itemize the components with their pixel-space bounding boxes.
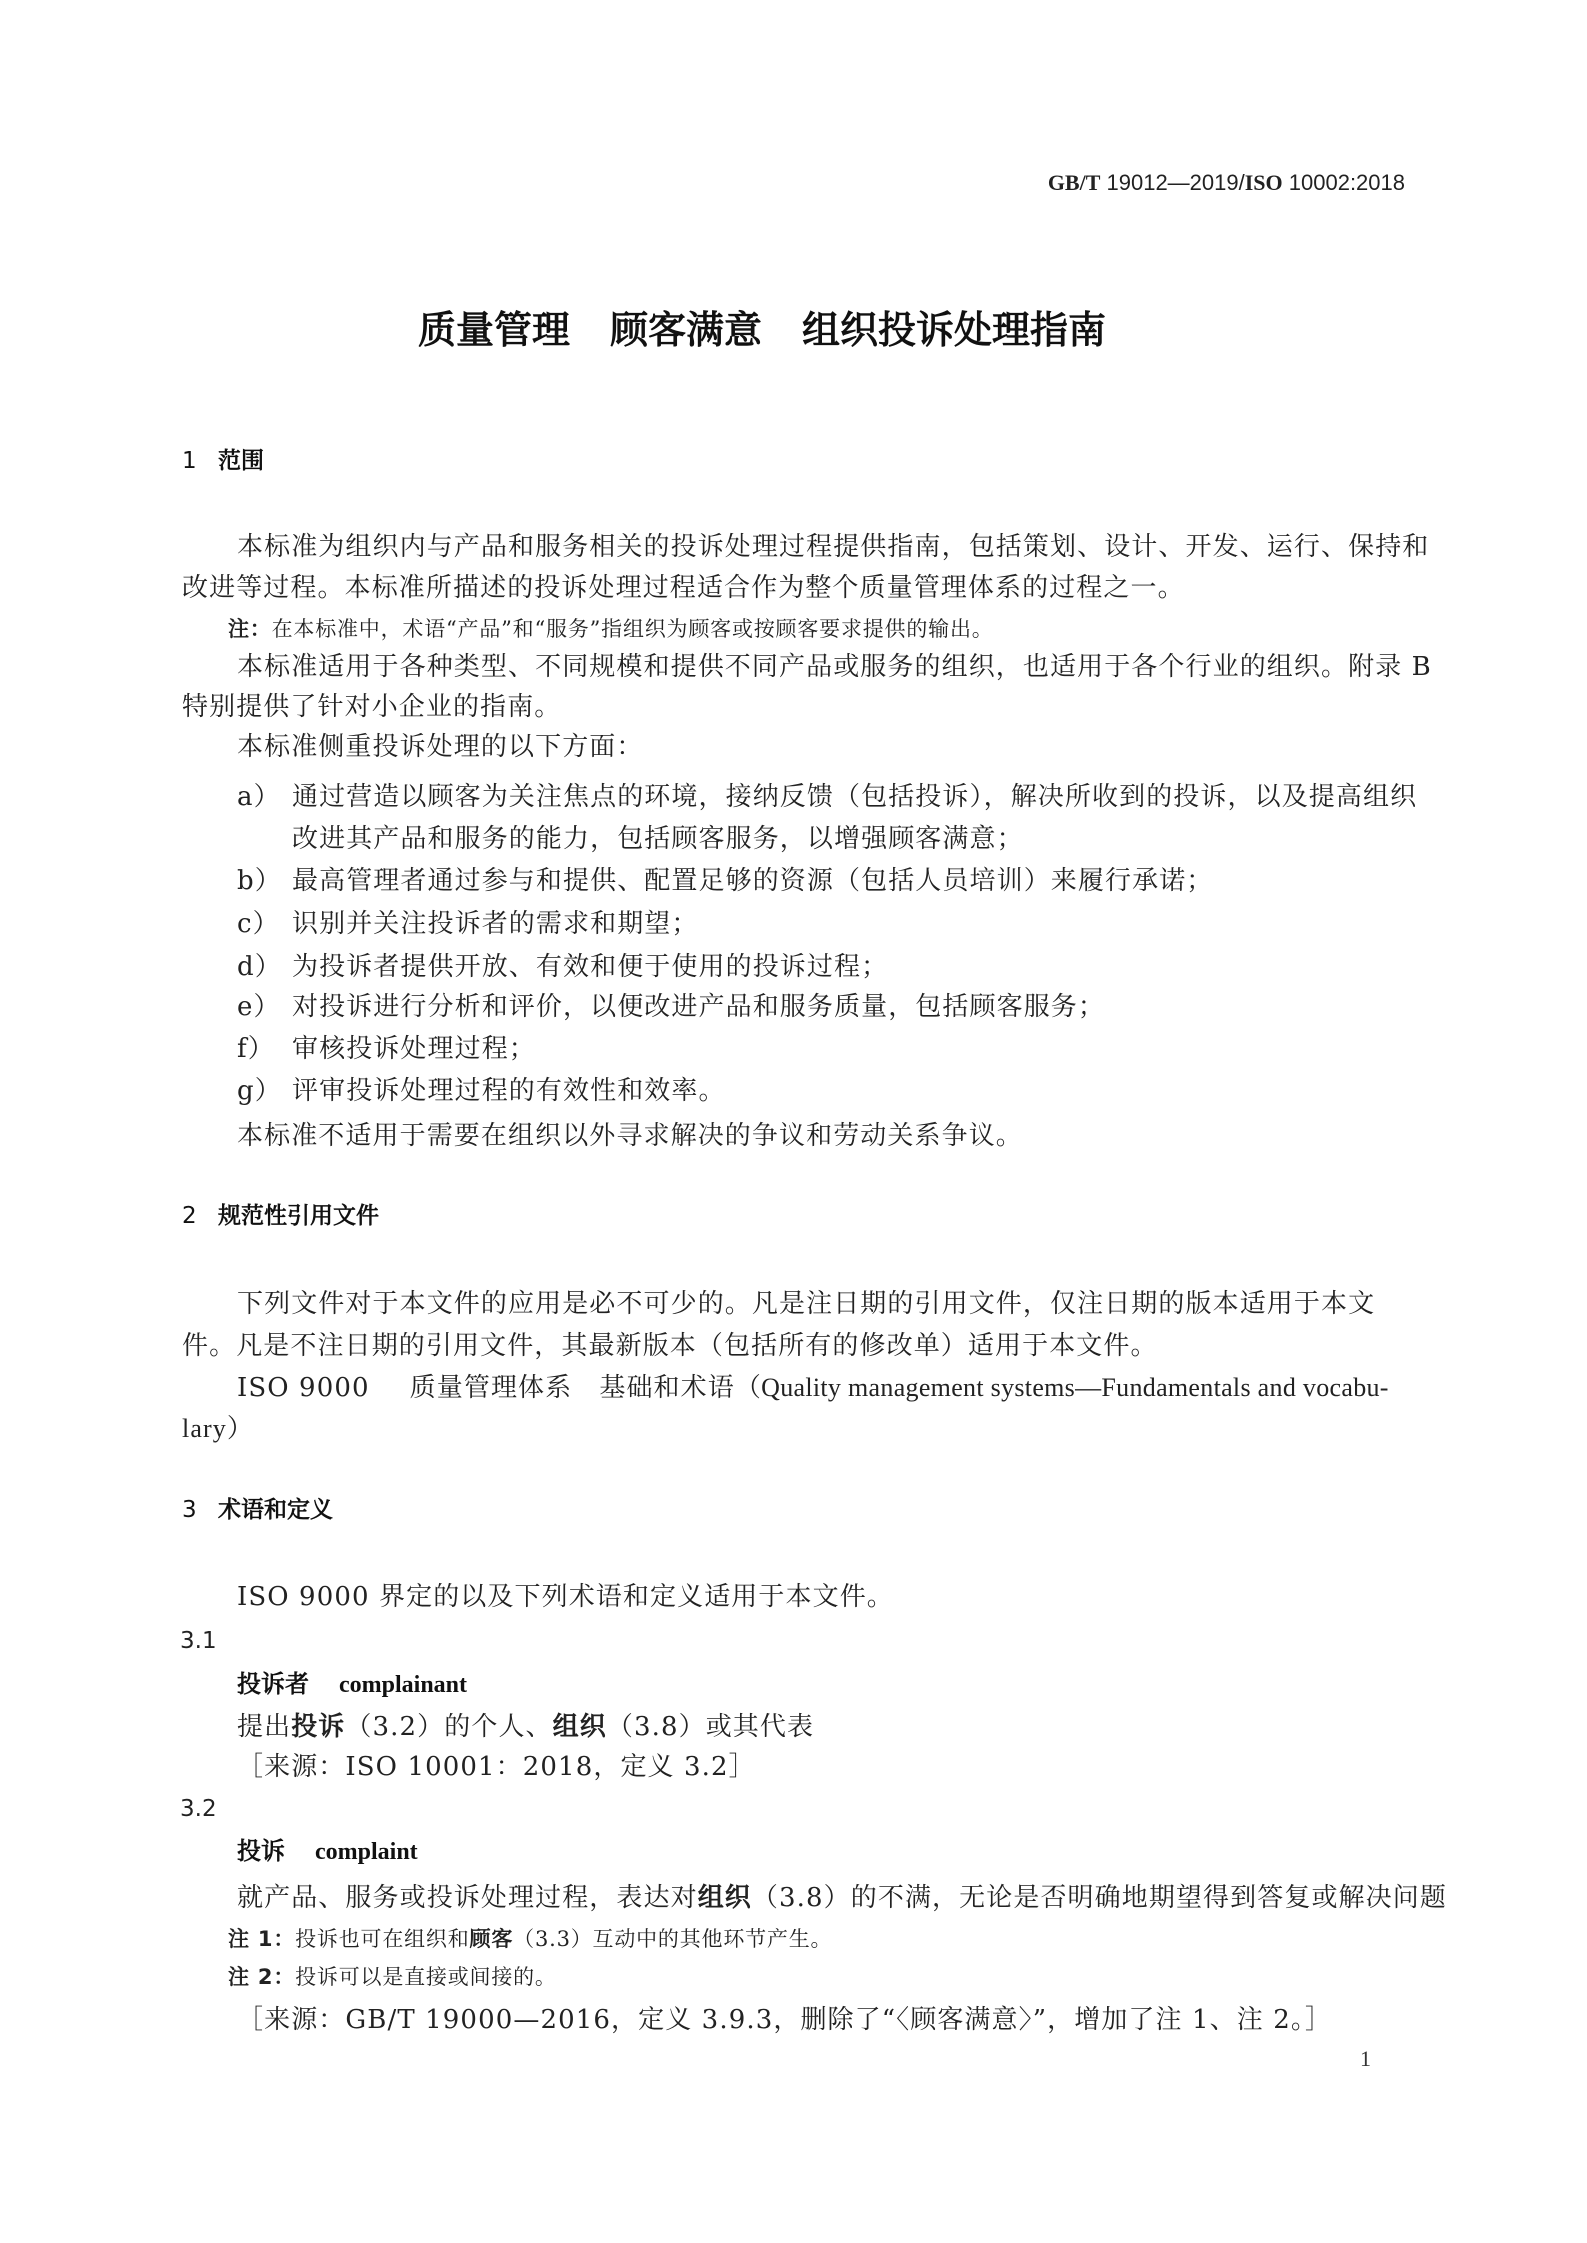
s1-para2-line1: 本标准适用于各种类型、不同规模和提供不同产品或服务的组织，也适用于各个行业的组织… xyxy=(237,654,1432,680)
page-number: 1 xyxy=(1360,2048,1371,2070)
s1-note: 注：在本标准中，术语“产品”和“服务”指组织为顾客或按顾客要求提供的输出。 xyxy=(228,619,994,640)
reference-code: ISO 9000 xyxy=(237,1373,370,1403)
document-title: 质量管理顾客满意组织投诉处理指南 xyxy=(418,311,1106,349)
list-item-d-text: 为投诉者提供开放、有效和便于使用的投诉过程； xyxy=(292,954,888,980)
s1-para2-line2: 特别提供了针对小企业的指南。 xyxy=(182,694,561,720)
note-text: 投诉也可在组织和 xyxy=(295,1927,469,1951)
standard-number-header: GB/T 19012—2019/ISO 10002:2018 xyxy=(1048,172,1405,194)
s3-intro: ISO 9000 界定的以及下列术语和定义适用于本文件。 xyxy=(237,1584,894,1610)
note-label: 注： xyxy=(228,617,272,641)
list-item-b-text: 最高管理者通过参与和提供、配置足够的资源（包括人员培训）来履行承诺； xyxy=(292,868,1213,894)
s1-para3: 本标准侧重投诉处理的以下方面： xyxy=(237,734,644,760)
term-definition: 就产品、服务或投诉处理过程，表达对组织（3.8）的不满，无论是否明确地期望得到答… xyxy=(237,1885,1447,1911)
list-item-f-label: f） xyxy=(237,1036,275,1062)
section-2-heading: 2规范性引用文件 xyxy=(182,1205,379,1228)
term-definition: 提出投诉（3.2）的个人、组织（3.8）或其代表 xyxy=(237,1714,814,1740)
list-item-g-label: g） xyxy=(237,1078,282,1104)
term-reference: 顾客 xyxy=(470,1927,514,1951)
s2-para1-line1: 下列文件对于本文件的应用是必不可少的。凡是注日期的引用文件，仅注日期的版本适用于… xyxy=(237,1291,1375,1317)
term-reference: 组织 xyxy=(553,1712,607,1742)
std-main: 19012—2019/ xyxy=(1100,170,1244,195)
note-label: 注 2： xyxy=(228,1965,295,1989)
list-item-a-text-1: 通过营造以顾客为关注焦点的环境，接纳反馈（包括投诉），解决所收到的投诉，以及提高… xyxy=(292,784,1417,810)
list-item-a-text-2: 改进其产品和服务的能力，包括顾客服务，以增强顾客满意； xyxy=(292,826,1024,852)
iso-prefix: ISO xyxy=(1245,170,1283,195)
note-text: 投诉可以是直接或间接的。 xyxy=(295,1965,557,1989)
term-en: complainant xyxy=(339,1672,467,1698)
note-text: 在本标准中，术语“产品”和“服务”指组织为顾客或按顾客要求提供的输出。 xyxy=(272,617,994,641)
list-item-b-label: b） xyxy=(237,868,282,894)
term-note-2: 注 2：投诉可以是直接或间接的。 xyxy=(228,1967,557,1988)
section-title: 范围 xyxy=(218,448,264,474)
s2-para1-line2: 件。凡是不注日期的引用文件，其最新版本（包括所有的修改单）适用于本文件。 xyxy=(182,1333,1158,1359)
s1-para4: 本标准不适用于需要在组织以外寻求解决的争议和劳动关系争议。 xyxy=(237,1123,1023,1149)
section-number: 2 xyxy=(182,1205,218,1228)
def-text: 提出 xyxy=(237,1712,291,1742)
list-label: a） xyxy=(237,782,281,812)
title-part-1: 质量管理 xyxy=(418,308,570,352)
section-3-heading: 3术语和定义 xyxy=(182,1499,333,1522)
reference-title-en: （Quality management systems—Fundamentals… xyxy=(735,1373,1389,1402)
term-source: ［来源：GB/T 19000—2016，定义 3.9.3，删除了“〈顾客满意〉”… xyxy=(237,2007,1332,2033)
term-reference: 投诉 xyxy=(291,1712,345,1742)
title-part-2: 顾客满意 xyxy=(610,308,762,352)
list-item-e-label: e） xyxy=(237,994,281,1020)
list-item-d-label: d） xyxy=(237,954,282,980)
title-part-3: 组织投诉处理指南 xyxy=(802,308,1106,352)
def-text: （3.2）的个人、 xyxy=(345,1712,552,1742)
term-zh: 投诉 xyxy=(237,1837,285,1865)
term-number: 3.2 xyxy=(180,1798,217,1821)
s1-para1-line1: 本标准为组织内与产品和服务相关的投诉处理过程提供指南，包括策划、设计、开发、运行… xyxy=(237,534,1429,560)
list-item-g-text: 评审投诉处理过程的有效性和效率。 xyxy=(292,1078,726,1104)
def-text: （3.8）或其代表 xyxy=(607,1712,814,1742)
section-number: 3 xyxy=(182,1499,218,1522)
normative-reference: ISO 9000质量管理体系 基础和术语（Quality management … xyxy=(237,1375,1389,1401)
term-reference: 组织 xyxy=(698,1883,752,1913)
term-en: complaint xyxy=(315,1839,418,1865)
list-item-c-text: 识别并关注投诉者的需求和期望； xyxy=(292,911,699,937)
document-page: GB/T 19012—2019/ISO 10002:2018 质量管理顾客满意组… xyxy=(0,0,1587,2243)
term-source: ［来源：ISO 10001：2018，定义 3.2］ xyxy=(237,1754,756,1780)
term-heading: 投诉者complainant xyxy=(237,1672,467,1697)
normative-reference-cont: lary） xyxy=(182,1416,254,1442)
section-title: 规范性引用文件 xyxy=(218,1203,379,1229)
list-item-a: a） xyxy=(237,784,281,810)
note-label: 注 1： xyxy=(228,1927,295,1951)
section-1-heading: 1范围 xyxy=(182,450,264,473)
std-prefix: GB/T xyxy=(1048,170,1101,195)
term-number: 3.1 xyxy=(180,1630,217,1653)
def-text: 就产品、服务或投诉处理过程，表达对 xyxy=(237,1883,698,1913)
section-number: 1 xyxy=(182,450,218,473)
iso-main: 10002:2018 xyxy=(1283,170,1405,195)
note-text: （3.3）互动中的其他环节产生。 xyxy=(513,1927,832,1951)
list-item-e-text: 对投诉进行分析和评价，以便改进产品和服务质量，包括顾客服务； xyxy=(292,994,1105,1020)
def-text: （3.8）的不满，无论是否明确地期望得到答复或解决问题 xyxy=(752,1883,1447,1913)
term-heading: 投诉complaint xyxy=(237,1839,418,1864)
list-item-c-label: c） xyxy=(237,911,280,937)
section-title: 术语和定义 xyxy=(218,1497,333,1523)
list-item-f-text: 审核投诉处理过程； xyxy=(292,1036,536,1062)
term-note-1: 注 1：投诉也可在组织和顾客（3.3）互动中的其他环节产生。 xyxy=(228,1929,832,1950)
s1-para1-line2: 改进等过程。本标准所描述的投诉处理过程适合作为整个质量管理体系的过程之一。 xyxy=(182,575,1185,601)
reference-title-zh: 质量管理体系 基础和术语 xyxy=(410,1373,735,1403)
term-zh: 投诉者 xyxy=(237,1670,309,1698)
